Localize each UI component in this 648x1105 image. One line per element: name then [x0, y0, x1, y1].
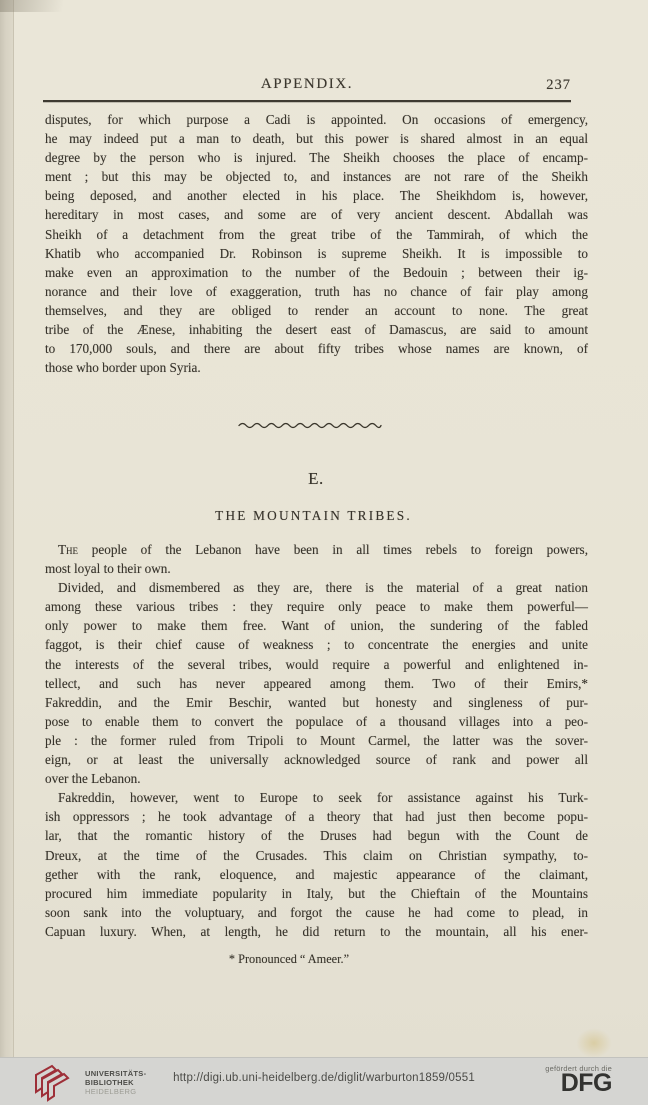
source-url: http://digi.ub.uni-heidelberg.de/diglit/… [173, 1072, 475, 1084]
page-scan-edge [0, 0, 14, 1058]
library-name-line: HEIDELBERG [85, 1087, 146, 1096]
text-line: norance and their love of exaggeration, … [45, 282, 588, 301]
text-line: only power to make them free. Want of un… [45, 616, 588, 635]
footnote: * Pronounced “ Ameer.” [0, 952, 578, 967]
paragraph: Divided, and dismembered as they are, th… [45, 578, 588, 788]
text-line: over the Lebanon. [45, 769, 588, 788]
text-line: Capuan luxury. When, at length, he did r… [45, 922, 588, 941]
text-line: pose to enable them to convert the popul… [45, 712, 588, 731]
section-letter: E. [43, 469, 589, 489]
text-line: ple : the former ruled from Tripoli to M… [45, 731, 588, 750]
text-line: eign, or at least the universally acknow… [45, 750, 588, 769]
dfg-logo: DFG [545, 1073, 612, 1094]
library-name: UNIVERSITÄTS- BIBLIOTHEK HEIDELBERG [85, 1069, 146, 1096]
header-rule [43, 100, 571, 102]
text-line: Fakreddin, and the Emir Beschir, wanted … [45, 693, 588, 712]
running-head-title: APPENDIX. [43, 76, 571, 93]
paper-stain [576, 1028, 612, 1058]
text-line: those who border upon Syria. [45, 358, 588, 377]
page-number: 237 [546, 77, 571, 94]
text-line: Khatib who accompanied Dr. Robinson is s… [45, 244, 588, 263]
text-line: being deposed, and another elected in hi… [45, 186, 588, 205]
text-line: degree by the person who is injured. The… [45, 148, 588, 167]
text-line: most loyal to their own. [45, 559, 588, 578]
text-line: hereditary in most cases, and some are o… [45, 205, 588, 224]
text-line: The people of the Lebanon have been in a… [45, 540, 588, 559]
text-line: gether with the rank, eloquence, and maj… [45, 865, 588, 884]
library-branding: UNIVERSITÄTS- BIBLIOTHEK HEIDELBERG [24, 1062, 146, 1102]
text-line: soon sank into the voluptuary, and forgo… [45, 903, 588, 922]
text-line: procured him immediate popularity in Ita… [45, 884, 588, 903]
text-line: ment ; but this may be objected to, and … [45, 167, 588, 186]
funding-block: gefördert durch die DFG [545, 1064, 612, 1094]
library-name-line: BIBLIOTHEK [85, 1078, 146, 1087]
paragraph: Fakreddin, however, went to Europe to se… [45, 788, 588, 941]
book-page-scan: APPENDIX. 237 disputes, for which purpos… [0, 0, 648, 1058]
text-line: Fakreddin, however, went to Europe to se… [45, 788, 588, 807]
text-line: he may indeed put a man to death, but th… [45, 129, 588, 148]
text-line: Dreux, at the time of the Crusades. This… [45, 846, 588, 865]
text-line: to 170,000 souls, and there are about fi… [45, 339, 588, 358]
running-head: APPENDIX. 237 [43, 76, 571, 94]
library-name-line: UNIVERSITÄTS- [85, 1069, 146, 1078]
text-line: Divided, and dismembered as they are, th… [45, 578, 588, 597]
text-line: among these various tribes : they requir… [45, 597, 588, 616]
paragraph-continuation: disputes, for which purpose a Cadi is ap… [45, 110, 588, 377]
section-body: The people of the Lebanon have been in a… [45, 540, 588, 941]
text-line: lar, that the romantic history of the Dr… [45, 826, 588, 845]
paragraph: The people of the Lebanon have been in a… [45, 540, 588, 578]
ub-heidelberg-logo-icon [24, 1064, 78, 1102]
text-line: themselves, and they are obliged to rend… [45, 301, 588, 320]
text-line: the interests of the several tribes, wou… [45, 655, 588, 674]
section-heading: THE MOUNTAIN TRIBES. [43, 508, 584, 524]
viewer-footer: UNIVERSITÄTS- BIBLIOTHEK HEIDELBERG http… [0, 1057, 648, 1105]
text-line: ish oppressors ; he took advantage of a … [45, 807, 588, 826]
text-line: make even an approximation to the number… [45, 263, 588, 282]
text-line: Sheikh of a detachment from the great tr… [45, 225, 588, 244]
text-line: tellect, and such has never appeared amo… [45, 674, 588, 693]
scan-corner-shadow [0, 0, 90, 12]
section-divider-squiggle-icon [237, 417, 383, 427]
text-line: faggot, is their chief cause of weakness… [45, 635, 588, 654]
text-line: disputes, for which purpose a Cadi is ap… [45, 110, 588, 129]
text-line: tribe of the Ænese, inhabiting the deser… [45, 320, 588, 339]
